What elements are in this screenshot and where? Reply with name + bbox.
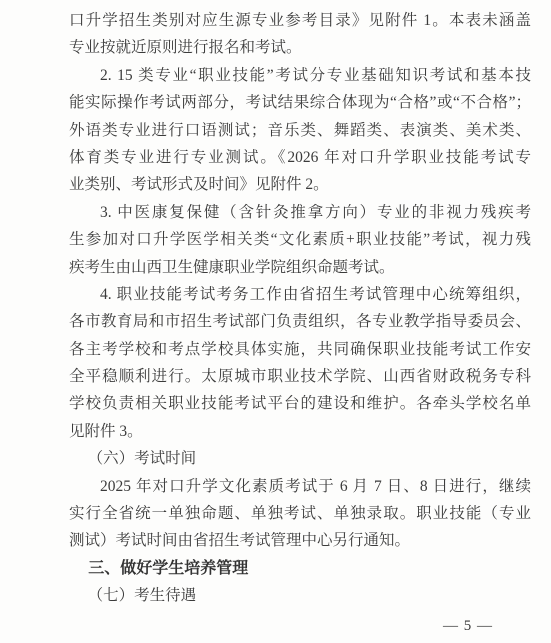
text-line: 实行全省统一单独命题、单独考试、单独录取。职业技能（专业 [69, 500, 531, 527]
text-line: 全平稳顺利进行。太原城市职业技术学院、山西省财政税务专科 [69, 363, 531, 390]
text-line: 见附件 3。 [69, 418, 531, 445]
text-line: 能实际操作考试两部分，考试结果综合体现为“合格”或“不合格”； [69, 89, 531, 116]
text-line: 4. 职业技能考试考务工作由省招生考试管理中心统筹组织， [69, 281, 531, 308]
text-line: 业类别、考试形式及时间》见附件 2。 [69, 171, 531, 198]
section-heading: 三、做好学生培养管理 [69, 555, 531, 582]
text-line: 各主考学校和考点学校具体实施，共同确保职业技能考试工作安 [69, 336, 531, 363]
document-page: 口升学招生类别对应生源专业参考目录》见附件 1。本表未涵盖 专业按就近原则进行报… [0, 0, 551, 643]
text-line: 外语类专业进行口语测试；音乐类、舞蹈类、表演类、美术类、 [69, 117, 531, 144]
text-line: 各市教育局和市招生考试部门负责组织，各专业教学指导委员会、 [69, 308, 531, 335]
text-line: 专业按就近原则进行报名和考试。 [69, 34, 531, 61]
text-line: 2. 15 类专业“职业技能”考试分专业基础知识考试和基本技 [69, 62, 531, 89]
subsection-heading-6: （六）考试时间 [69, 445, 531, 472]
text-line: 生参加对口升学医学相关类“文化素质+职业技能”考试，视力残 [69, 226, 531, 253]
text-line: 体育类专业进行专业测试。《2026 年对口升学职业技能考试专 [69, 144, 531, 171]
text-line: 测试）考试时间由省招生考试管理中心另行通知。 [69, 527, 531, 554]
page-number: — 5 — [443, 618, 493, 635]
subsection-heading-7: （七）考生待遇 [69, 582, 531, 609]
text-line: 2025 年对口升学文化素质考试于 6 月 7 日、8 日进行，继续 [69, 473, 531, 500]
text-line: 口升学招生类别对应生源专业参考目录》见附件 1。本表未涵盖 [69, 7, 531, 34]
text-line: 学校负责相关职业技能考试平台的建设和维护。各牵头学校名单 [69, 390, 531, 417]
text-line: 3. 中医康复保健（含针灸推拿方向）专业的非视力残疾考 [69, 199, 531, 226]
document-body: 口升学招生类别对应生源专业参考目录》见附件 1。本表未涵盖 专业按就近原则进行报… [69, 7, 531, 610]
text-line: 疾考生由山西卫生健康职业学院组织命题考试。 [69, 254, 531, 281]
